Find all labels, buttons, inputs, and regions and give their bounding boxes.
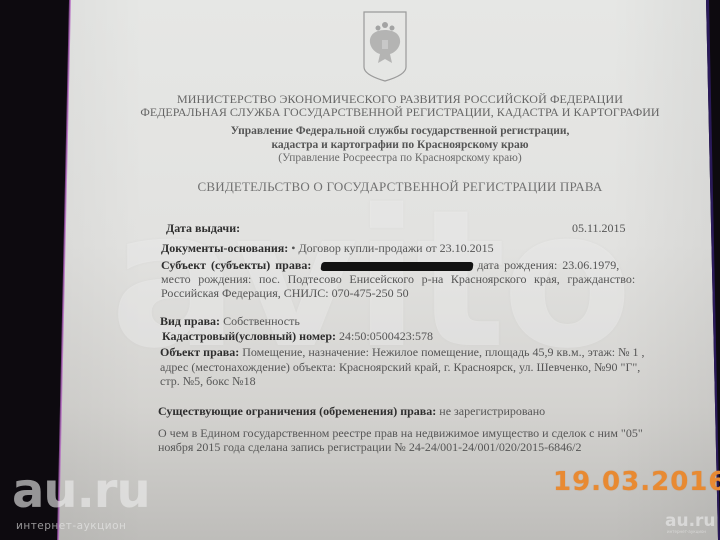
encumbrances-value: не зарегистрировано (439, 404, 545, 418)
redacted-name (321, 262, 474, 271)
registry-record-line2: ноября 2015 года сделана запись регистра… (158, 440, 582, 455)
encumbrances-row: Существующие ограничения (обременения) п… (158, 404, 545, 419)
department-heading-line2: кадастра и картографии по Красноярскому … (100, 139, 700, 151)
department-short-name: (Управление Росреестра по Красноярскому … (100, 152, 700, 164)
subject-label: Субъект (субъекты) права: (161, 258, 311, 272)
subject-birthdate: дата рождения: 23.06.1979, (477, 258, 619, 272)
service-heading: ФЕДЕРАЛЬНАЯ СЛУЖБА ГОСУДАРСТВЕННОЙ РЕГИС… (100, 105, 700, 120)
basis-documents-row: Документы-основания: • Договор купли-про… (161, 241, 494, 256)
cadastral-number-label: Кадастровый(условный) номер: (162, 329, 336, 343)
issue-date-row: Дата выдачи: (166, 221, 240, 236)
russian-coat-of-arms-icon (361, 9, 409, 83)
cadastral-number-value: 24:50:0500423:578 (339, 329, 433, 343)
object-address: адрес (местонахождение) объекта: Красноя… (160, 360, 640, 375)
photo-date-stamp: 19.03.2016 (553, 467, 720, 497)
department-heading-line1: Управление Федеральной службы государств… (100, 125, 700, 137)
cadastral-number-row: Кадастровый(условный) номер: 24:50:05004… (162, 329, 433, 344)
right-type-value: Собственность (223, 314, 300, 328)
right-type-label: Вид права: (160, 314, 220, 328)
registry-record-line1: О чем в Едином государственном реестре п… (158, 426, 643, 441)
object-description: Помещение, назначение: Нежилое помещение… (242, 345, 644, 359)
document-title: СВИДЕТЕЛЬСТВО О ГОСУДАРСТВЕННОЙ РЕГИСТРА… (100, 179, 700, 195)
object-address-cont: стр. №5, бокс №18 (160, 374, 256, 389)
basis-documents-label: Документы-основания: (161, 241, 288, 255)
issue-date-value: 05.11.2015 (572, 221, 626, 236)
subject-birthplace: место рождения: пос. Подтесово Енисейско… (161, 272, 635, 287)
subject-row: Субъект (субъекты) права:дата рождения: … (161, 258, 619, 273)
right-type-row: Вид права: Собственность (160, 314, 300, 329)
au-ru-corner-logo: au.ru (665, 511, 716, 531)
subject-citizenship-snils: Российская Федерация, СНИЛС: 070-475-250… (161, 286, 409, 301)
issue-date-label: Дата выдачи: (166, 221, 240, 235)
encumbrances-label: Существующие ограничения (обременения) п… (158, 404, 436, 418)
au-ru-watermark-logo: au.ru (12, 463, 150, 519)
au-ru-watermark-subtitle: интернет-аукцион (16, 520, 126, 532)
object-label: Объект права: (160, 345, 239, 359)
object-row: Объект права: Помещение, назначение: Неж… (160, 345, 645, 360)
au-ru-corner-subtitle: интернет-аукцион (667, 529, 706, 534)
basis-documents-value: • Договор купли-продажи от 23.10.2015 (291, 241, 493, 255)
